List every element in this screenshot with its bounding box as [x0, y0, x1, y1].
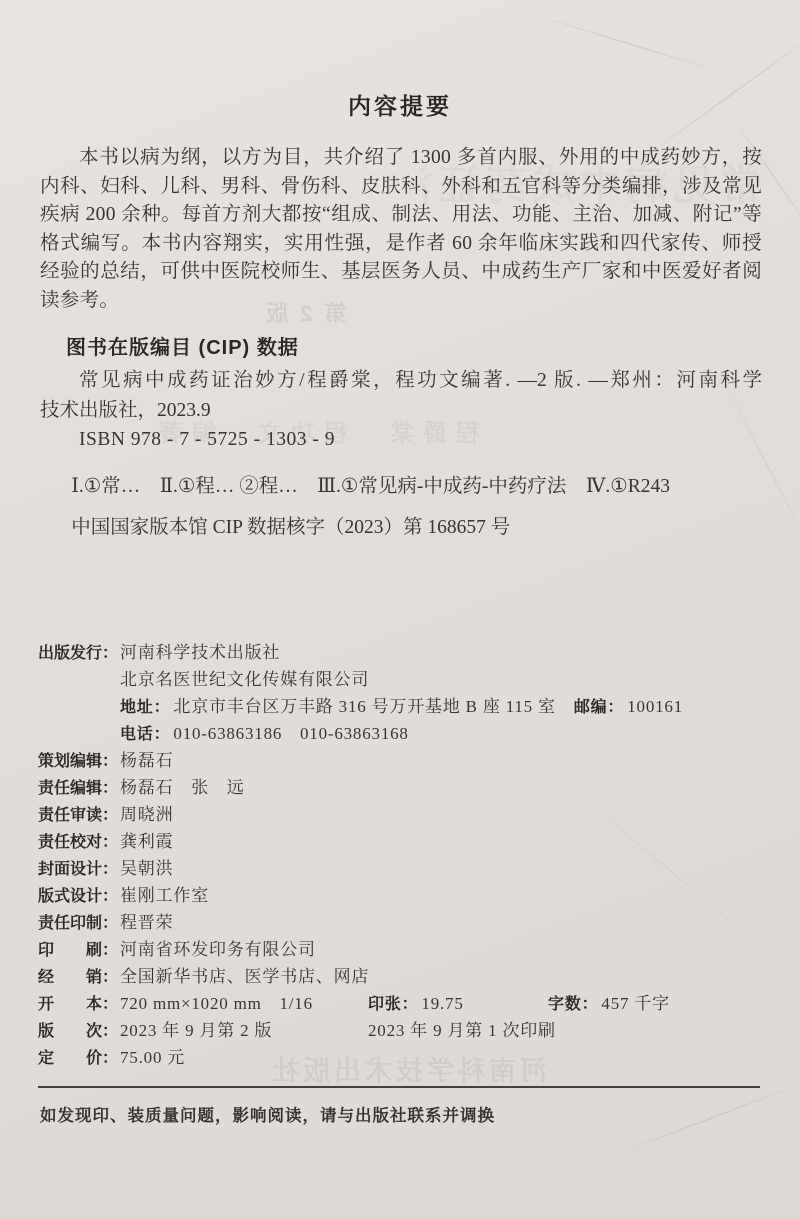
sheets-value: 19.75: [421, 994, 463, 1013]
staff-row: 责任校对： 龚利霞: [38, 828, 762, 855]
phone-row: 电话：010-63863186 010-63863168: [38, 720, 762, 747]
distributor-label: 经 销：: [38, 964, 120, 991]
staff-row: 责任审读： 周晓洲: [38, 801, 762, 828]
publisher-name: 河南科学技术出版社: [120, 639, 280, 666]
address-row: 地址：北京市丰台区万丰路 316 号万开基地 B 座 115 室邮编：10016…: [38, 693, 762, 720]
wordcount-label: 字数：: [548, 996, 598, 1013]
staff-label: 责任印制：: [38, 910, 120, 937]
staff-value: 吴朝洪: [120, 855, 173, 882]
staff-label: 责任校对：: [38, 829, 120, 856]
staff-value: 程晋荣: [120, 909, 173, 936]
publisher-row: 出版发行： 河南科学技术出版社: [38, 639, 762, 666]
staff-label: 责任编辑：: [38, 775, 120, 802]
staff-row: 责任印制： 程晋荣: [38, 909, 762, 936]
phone-value: 010-63863186 010-63863168: [173, 724, 408, 743]
staff-value: 周晓洲: [120, 801, 173, 828]
staff-label: 版式设计：: [38, 883, 120, 910]
staff-label: 策划编辑：: [38, 748, 120, 775]
co-publisher-row: 北京名医世纪文化传媒有限公司: [38, 666, 762, 693]
staff-label: 封面设计：: [38, 856, 120, 883]
staff-row: 责任编辑： 杨磊石 张 远: [38, 774, 762, 801]
printer-value: 河南省环发印务有限公司: [120, 936, 316, 963]
paper-crease: [515, 8, 735, 76]
zip-value: 100161: [627, 697, 683, 716]
address-label: 地址：: [120, 699, 170, 716]
zip-label: 邮编：: [574, 699, 624, 716]
price-value: 75.00 元: [120, 1044, 185, 1071]
edition-row: 版 次： 2023 年 9 月第 2 版 2023 年 9 月第 1 次印刷: [38, 1017, 762, 1044]
price-label: 定 价：: [38, 1045, 120, 1072]
printer-row: 印 刷： 河南省环发印务有限公司: [38, 936, 762, 963]
cip-record-number: 中国国家版本馆 CIP 数据核字（2023）第 168657 号: [40, 511, 762, 539]
content-summary-paragraph: 本书以病为纲，以方为目，共介绍了 1300 多首内服、外用的中成药妙方，按内科、…: [40, 144, 762, 316]
quality-note: 如发现印、装质量问题，影响阅读，请与出版社联系并调换: [40, 1102, 495, 1126]
edition-label: 版 次：: [38, 1018, 120, 1045]
staff-row: 版式设计： 崔刚工作室: [38, 882, 762, 909]
paper-crease: [597, 1079, 800, 1162]
cip-entry-line2: 技术出版社，2023.9: [40, 396, 762, 426]
staff-label: 责任审读：: [38, 802, 120, 829]
printing-value: 2023 年 9 月第 1 次印刷: [368, 1017, 556, 1044]
cip-entry-line1: 常见病中成药证治妙方/程爵棠，程功文编著. —2 版. —郑州：河南科学: [40, 366, 762, 396]
copyright-page: 常见病中成药证治妙方 第 2 版 程爵棠 程功文 编著 河南科学技术出版社 内容…: [0, 0, 800, 1219]
distributor-value: 全国新华书店、医学书店、网店: [120, 963, 369, 990]
wordcount-value: 457 千字: [601, 994, 670, 1013]
address-value: 北京市丰台区万丰路 316 号万开基地 B 座 115 室: [173, 697, 555, 716]
format-row: 开 本： 720 mm×1020 mm 1/16 印张：19.75 字数：457…: [38, 990, 762, 1017]
printer-label: 印 刷：: [38, 937, 120, 964]
edition-value: 2023 年 9 月第 2 版: [120, 1017, 368, 1044]
co-publisher-name: 北京名医世纪文化传媒有限公司: [120, 666, 369, 693]
isbn-number: ISBN 978 - 7 - 5725 - 1303 - 9: [40, 429, 762, 451]
publisher-label: 出版发行：: [38, 640, 120, 667]
price-row: 定 价： 75.00 元: [38, 1044, 762, 1071]
staff-row: 封面设计： 吴朝洪: [38, 855, 762, 882]
phone-label: 电话：: [120, 726, 170, 743]
divider-rule: [38, 1086, 760, 1088]
format-value: 720 mm×1020 mm 1/16: [120, 990, 368, 1017]
staff-row: 策划编辑： 杨磊石: [38, 747, 762, 774]
cip-entry: 常见病中成药证治妙方/程爵棠，程功文编著. —2 版. —郑州：河南科学 技术出…: [40, 366, 762, 426]
cip-classification: Ⅰ.①常… Ⅱ.①程… ②程… Ⅲ.①常见病-中成药-中药疗法 Ⅳ.①R243: [40, 470, 762, 498]
format-label: 开 本：: [38, 991, 120, 1018]
staff-value: 杨磊石: [120, 747, 173, 774]
content-summary-title: 内容提要: [0, 88, 800, 121]
sheets-label: 印张：: [368, 996, 418, 1013]
distributor-row: 经 销： 全国新华书店、医学书店、网店: [38, 963, 762, 990]
staff-value: 龚利霞: [120, 828, 173, 855]
colophon-block: 出版发行： 河南科学技术出版社 北京名医世纪文化传媒有限公司 地址：北京市丰台区…: [38, 639, 762, 1071]
staff-value: 崔刚工作室: [120, 882, 209, 909]
staff-value: 杨磊石 张 远: [120, 774, 245, 801]
cip-header: 图书在版编目 (CIP) 数据: [66, 331, 299, 360]
